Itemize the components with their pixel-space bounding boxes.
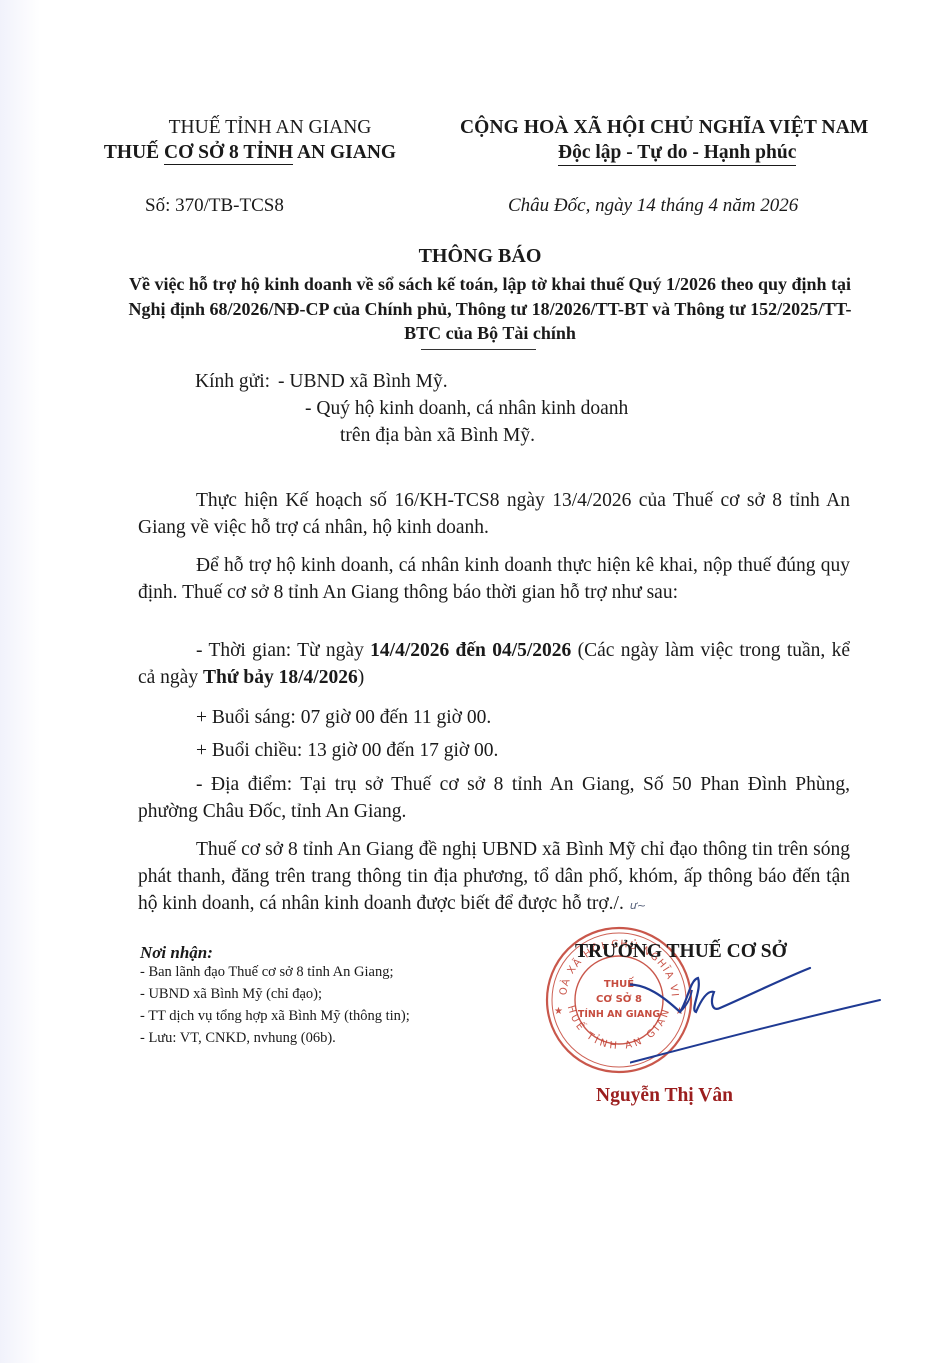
- scan-edge-shadow: [0, 0, 40, 1363]
- national-motto: Độc lập - Tự do - Hạnh phúc: [558, 142, 796, 164]
- handwritten-signature-icon: [630, 960, 890, 1080]
- document-number: Số: 370/TB-TCS8: [145, 195, 284, 217]
- agency-parent: THUẾ TỈNH AN GIANG: [100, 117, 440, 139]
- distribution-item: - TT dịch vụ tổng hợp xã Bình Mỹ (thông …: [140, 1008, 410, 1025]
- recipients-label: Kính gửi:: [195, 371, 270, 392]
- paragraph-plan-reference: Thực hiện Kế hoạch số 16/KH-TCS8 ngày 13…: [138, 487, 850, 541]
- date-range: 14/4/2026 đến 04/5/2026: [370, 640, 571, 661]
- paragraph-location: - Địa điểm: Tại trụ sở Thuế cơ sở 8 tỉnh…: [138, 771, 850, 825]
- paragraph-support-time: - Thời gian: Từ ngày 14/4/2026 đến 04/5/…: [138, 637, 850, 691]
- recipients-line-3: trên địa bàn xã Bình Mỹ.: [340, 425, 535, 447]
- document-subject: Về việc hỗ trợ hộ kinh doanh về sổ sách …: [120, 272, 860, 346]
- distribution-item: - Lưu: VT, CNKD, nvhung (06b).: [140, 1030, 336, 1047]
- recipients-line-2: - Quý hộ kinh doanh, cá nhân kinh doanh: [305, 398, 628, 420]
- paragraph-purpose: Để hỗ trợ hộ kinh doanh, cá nhân kinh do…: [138, 552, 850, 606]
- distribution-item: - UBND xã Bình Mỹ (chỉ đạo);: [140, 986, 322, 1003]
- distribution-title: Nơi nhận:: [140, 943, 213, 963]
- agency-name: THUẾ CƠ SỞ 8 TỈNH AN GIANG: [80, 142, 420, 164]
- place-and-date: Châu Đốc, ngày 14 tháng 4 năm 2026: [508, 195, 798, 217]
- signer-name: Nguyễn Thị Vân: [596, 1085, 733, 1107]
- handwritten-initials: ư~: [630, 899, 646, 912]
- recipients-line-1: Kính gửi:- UBND xã Bình Mỹ.: [195, 371, 448, 393]
- paragraph-request: Thuế cơ sở 8 tỉnh An Giang đề nghị UBND …: [138, 836, 850, 919]
- country-name: CỘNG HOÀ XÃ HỘI CHỦ NGHĨA VIỆT NAM: [460, 117, 868, 139]
- saturday-date: Thứ bảy 18/4/2026: [203, 667, 358, 688]
- title-divider: [421, 349, 536, 350]
- afternoon-hours: + Buổi chiều: 13 giờ 00 đến 17 giờ 00.: [138, 737, 850, 764]
- svg-text:★: ★: [554, 1006, 563, 1017]
- morning-hours: + Buổi sáng: 07 giờ 00 đến 11 giờ 00.: [138, 704, 850, 731]
- document-title: THÔNG BÁO: [0, 245, 950, 268]
- distribution-item: - Ban lãnh đạo Thuế cơ sở 8 tỉnh An Gian…: [140, 964, 393, 981]
